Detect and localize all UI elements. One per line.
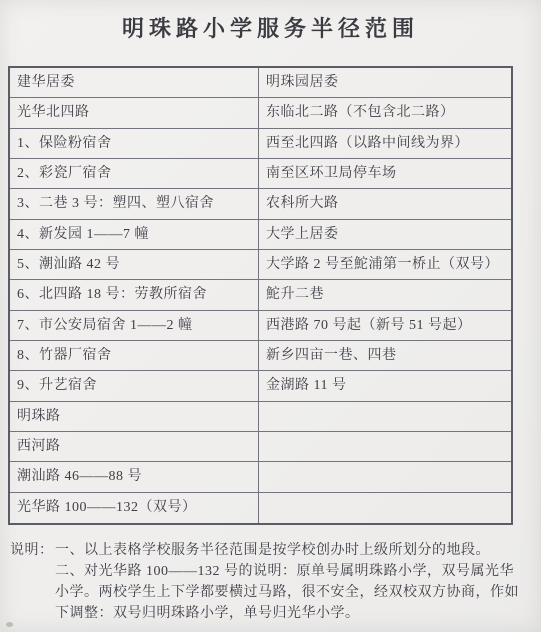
table-row: 4、新发园 1——7 幢大学上居委 — [10, 220, 511, 250]
table-row: 光华路 100——132（双号） — [10, 493, 511, 523]
left-cell: 3、二巷 3 号：塑四、塑八宿舍 — [10, 189, 259, 218]
right-cell — [259, 462, 511, 491]
left-cell: 5、潮汕路 42 号 — [10, 250, 259, 279]
right-cell: 大学上居委 — [259, 220, 511, 249]
table-row: 潮汕路 46——88 号 — [10, 462, 511, 492]
note-line: 小学。两校学生上下学都要横过马路，很不安全，经双校双方协商，作如 — [55, 582, 530, 603]
table-row: 1、保险粉宿舍西至北四路（以路中间线为界） — [10, 129, 511, 159]
left-cell: 8、竹器厂宿舍 — [10, 341, 259, 370]
table-row: 3、二巷 3 号：塑四、塑八宿舍农科所大路 — [10, 189, 511, 219]
notes-section: 说明： 一、以上表格学校服务半径范围是按学校创办时上级所划分的地段。二、对光华路… — [0, 540, 530, 624]
service-radius-table: 建华居委明珠园居委光华北四路东临北二路（不包含北二路）1、保险粉宿舍西至北四路（… — [8, 66, 513, 525]
right-cell: 东临北二路（不包含北二路） — [259, 98, 511, 127]
right-cell: 明珠园居委 — [259, 68, 511, 97]
right-cell: 新乡四亩一巷、四巷 — [259, 341, 511, 370]
left-cell: 4、新发园 1——7 幢 — [10, 220, 259, 249]
right-cell — [259, 402, 511, 431]
right-cell: 大学路 2 号至鮀浦第一桥止（双号） — [259, 250, 511, 279]
notes-label: 说明： — [10, 540, 54, 561]
note-line: 二、对光华路 100——132 号的说明：原单号属明珠路小学，双号属光华 — [55, 561, 530, 582]
left-cell: 光华路 100——132（双号） — [10, 493, 259, 523]
right-cell: 西港路 70 号起（新号 51 号起） — [259, 311, 511, 340]
right-cell: 鮀升二巷 — [259, 280, 511, 309]
left-cell: 明珠路 — [10, 402, 259, 431]
right-cell — [259, 493, 511, 523]
notes-lines: 一、以上表格学校服务半径范围是按学校创办时上级所划分的地段。二、对光华路 100… — [55, 540, 530, 624]
left-cell: 6、北四路 18 号：劳教所宿舍 — [10, 280, 259, 309]
right-cell — [259, 432, 511, 461]
table-row: 9、升艺宿舍金湖路 11 号 — [10, 371, 511, 401]
left-cell: 1、保险粉宿舍 — [10, 129, 259, 158]
table-row: 建华居委明珠园居委 — [10, 68, 511, 98]
table-row: 5、潮汕路 42 号大学路 2 号至鮀浦第一桥止（双号） — [10, 250, 511, 280]
left-cell: 潮汕路 46——88 号 — [10, 462, 259, 491]
table-row: 明珠路 — [10, 402, 511, 432]
table-row: 8、竹器厂宿舍新乡四亩一巷、四巷 — [10, 341, 511, 371]
note-line: 下调整：双号归明珠路小学，单号归光华小学。 — [55, 603, 530, 624]
left-cell: 光华北四路 — [10, 98, 259, 127]
table-row: 西河路 — [10, 432, 511, 462]
left-cell: 9、升艺宿舍 — [10, 371, 259, 400]
table-row: 2、彩瓷厂宿舍南至区环卫局停车场 — [10, 159, 511, 189]
table-row: 光华北四路东临北二路（不包含北二路） — [10, 98, 511, 128]
right-cell: 西至北四路（以路中间线为界） — [259, 129, 511, 158]
left-cell: 西河路 — [10, 432, 259, 461]
right-cell: 农科所大路 — [259, 189, 511, 218]
right-cell: 金湖路 11 号 — [259, 371, 511, 400]
left-cell: 7、市公安局宿舍 1——2 幢 — [10, 311, 259, 340]
note-line: 一、以上表格学校服务半径范围是按学校创办时上级所划分的地段。 — [55, 540, 530, 561]
table-row: 7、市公安局宿舍 1——2 幢西港路 70 号起（新号 51 号起） — [10, 311, 511, 341]
right-cell: 南至区环卫局停车场 — [259, 159, 511, 188]
left-cell: 2、彩瓷厂宿舍 — [10, 159, 259, 188]
document-title: 明珠路小学服务半径范围 — [0, 12, 541, 43]
scanned-document-page: 明珠路小学服务半径范围 建华居委明珠园居委光华北四路东临北二路（不包含北二路）1… — [0, 0, 541, 632]
table-row: 6、北四路 18 号：劳教所宿舍鮀升二巷 — [10, 280, 511, 310]
left-cell: 建华居委 — [10, 68, 259, 97]
scan-artifact-speck — [6, 622, 13, 627]
